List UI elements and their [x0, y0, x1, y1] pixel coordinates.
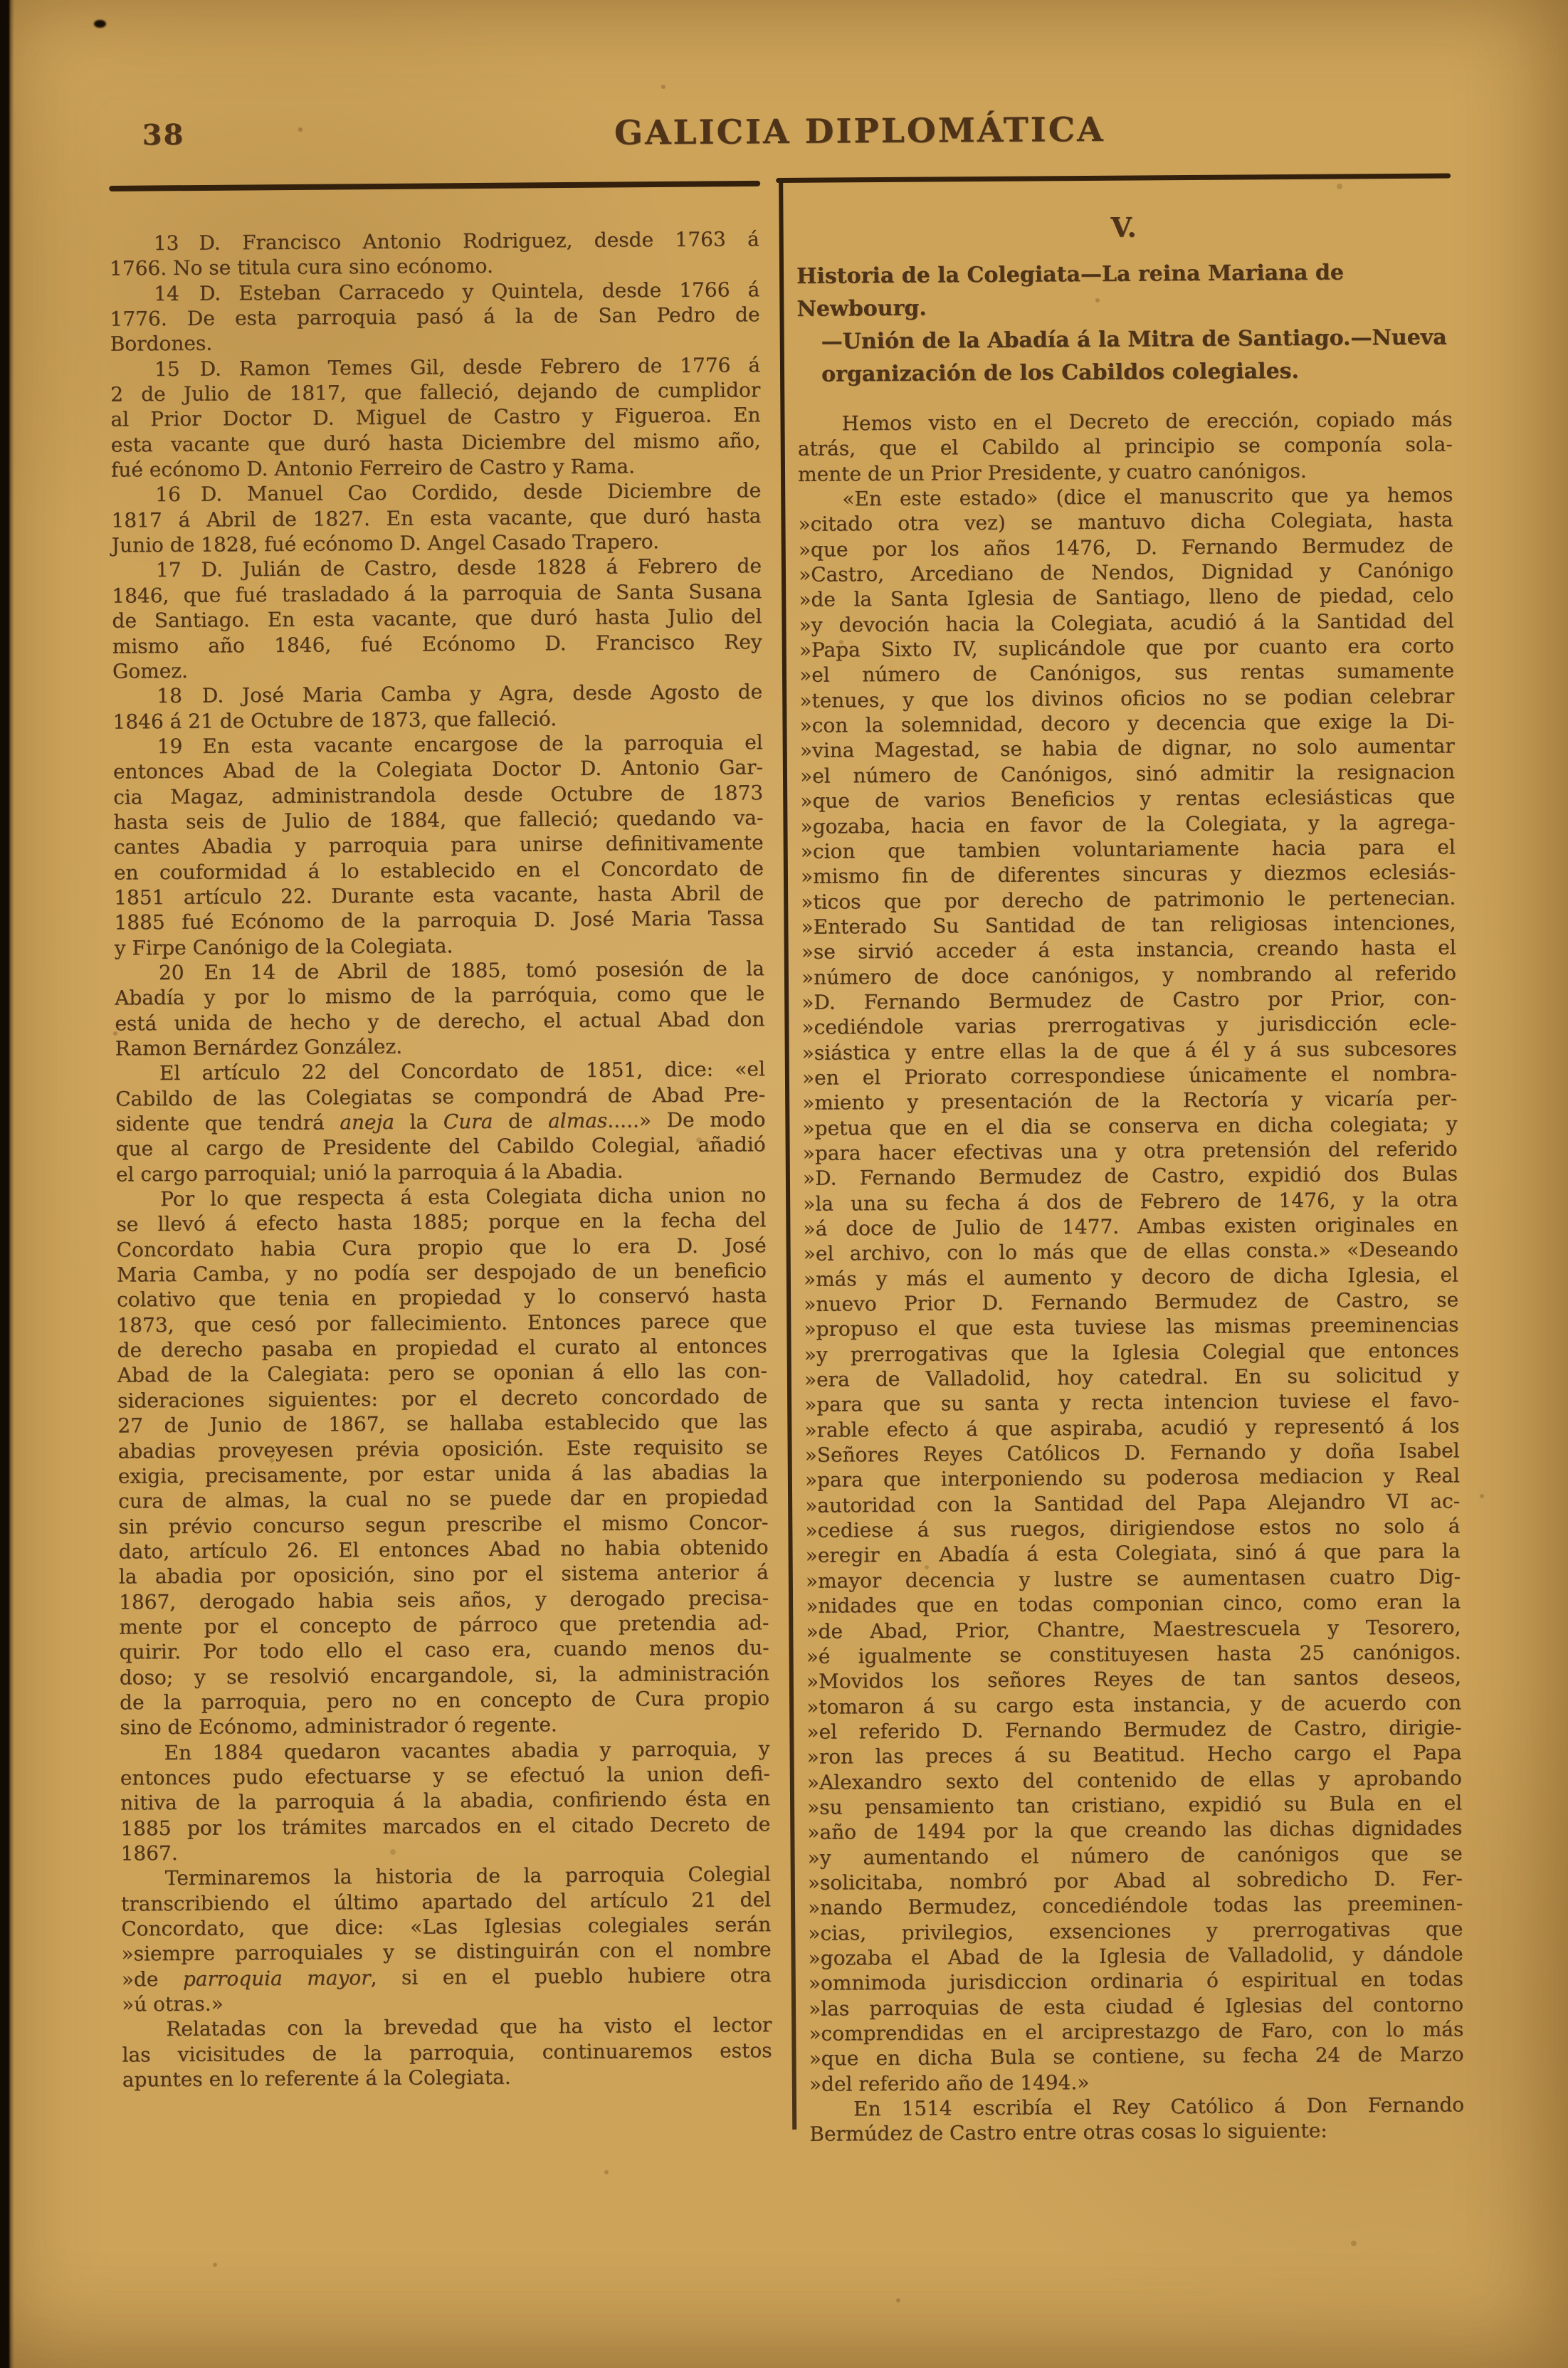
text-line: »el archivo, con lo más que de ellas con… — [804, 1237, 1458, 1267]
text-line: nitiva de la parroquia á la abadia, conf… — [120, 1786, 770, 1816]
paper-speckles — [0, 0, 3, 3]
text-line: »nando Bermudez, concediéndole todas las… — [808, 1891, 1463, 1921]
text-line: 18 D. José Maria Camba y Agra, desde Ago… — [112, 679, 762, 709]
right-column: V. Historia de la Colegiata—La reina Mar… — [796, 209, 1464, 2147]
text-line: Abadía y por lo mismo de la parróquia, c… — [115, 981, 764, 1011]
text-line: mismo año 1846, fué Ecónomo D. Francisco… — [112, 629, 762, 659]
text-line: »propuso el que esta tuviese las mismas … — [804, 1312, 1458, 1342]
headline-line: —Unión de la Abadía á la Mitra de Santia… — [797, 321, 1452, 358]
text-line: Bermúdez de Castro entre otras cosas lo … — [809, 2117, 1464, 2147]
text-line: En 1514 escribía el Rey Católico á Don F… — [809, 2092, 1464, 2122]
text-line: quirir. Por todo ello el caso era, cuand… — [119, 1635, 769, 1665]
text-line: »nidades que en todas componian cinco, c… — [806, 1589, 1461, 1619]
text-line: »año de 1494 por la que creando las dich… — [807, 1816, 1462, 1846]
text-line: 1817 á Abril de 1827. En esta vacante, q… — [111, 503, 761, 533]
headline-line: organización de los Cabildos colegiales. — [797, 354, 1452, 391]
text-line: 1885 fué Ecónomo de la parroquia D. José… — [114, 905, 764, 935]
text-line: »cediéndole varias prerrogativas y juris… — [801, 1011, 1456, 1041]
text-line: 1885 por los trámites marcados en el cit… — [120, 1811, 770, 1841]
scan-edge-shadow — [0, 0, 14, 2368]
text-line: El artículo 22 del Concordato de 1851, d… — [115, 1057, 765, 1087]
text-line: »el número de Canónigos, sus rentas suma… — [799, 658, 1454, 688]
text-line: »D. Fernando Bermudez de Castro, expidió… — [803, 1162, 1458, 1191]
text-line: »de parroquia mayor, si en el pueblo hub… — [122, 1962, 772, 1992]
text-line: está unida de hecho y de derecho, el act… — [115, 1006, 764, 1036]
page-number: 38 — [142, 118, 185, 152]
text-line: apuntes en lo referente á la Colegiata. — [122, 2063, 772, 2093]
text-line: al Prior Doctor D. Miguel de Castro y Fi… — [110, 403, 760, 433]
text-line: Relatadas con la brevedad que ha visto e… — [122, 2013, 772, 2043]
header-rule-left — [109, 181, 760, 191]
text-line: de la parroquia, pero no en concepto de … — [120, 1685, 769, 1715]
text-line: »omnimoda jurisdiccion ordinaria ó espir… — [809, 1967, 1463, 1996]
article-headline: Historia de la Colegiata—La reina Marian… — [796, 256, 1452, 391]
text-line: las vicisitudes de la parroquia, continu… — [122, 2038, 772, 2068]
headline-line: Historia de la Colegiata—La reina Marian… — [796, 256, 1452, 325]
text-line: entonces Abad de la Colegiata Doctor D. … — [113, 754, 763, 784]
text-line: colativo que tenia en propiedad y lo con… — [117, 1283, 767, 1313]
text-line: »citado otra vez) se mantuvo dicha Coleg… — [798, 507, 1453, 537]
journal-title: GALICIA DIPLOMÁTICA — [614, 110, 1105, 153]
text-line: »mismo fin de diferentes sincuras y diez… — [801, 860, 1456, 890]
text-line: de Santiago. En esta vacante, que duró h… — [112, 604, 762, 633]
text-line: »ron las preces á su Beatitud. Hecho car… — [806, 1740, 1461, 1770]
text-line: »para que interponiendo su poderosa medi… — [805, 1463, 1460, 1493]
text-line: Abad de la Calegiata: pero se oponian á … — [117, 1359, 767, 1389]
text-line: Terminaremos la historia de la parroquia… — [121, 1861, 771, 1891]
text-line: cantes Abadia y parroquia para unirse de… — [114, 830, 764, 860]
ink-blot — [94, 20, 106, 28]
text-line: atrás, que el Cabildo al principio se co… — [798, 432, 1453, 462]
header-rule-right — [776, 173, 1451, 183]
text-line: »para que su santa y recta intencion tuv… — [804, 1388, 1459, 1418]
scanned-page: 38 GALICIA DIPLOMÁTICA 13 D. Francisco A… — [0, 0, 1568, 2368]
text-line: »que de varios Beneficios y rentas ecles… — [800, 784, 1455, 814]
text-line: se llevó á efecto hasta 1885; porque en … — [116, 1208, 766, 1238]
text-line: 13 D. Francisco Antonio Rodriguez, desde… — [110, 226, 759, 256]
column-divider — [779, 179, 796, 2130]
text-line: cura de almas, la cual no se puede dar e… — [118, 1484, 768, 1514]
text-line: 17 D. Julián de Castro, desde 1828 á Feb… — [112, 554, 762, 584]
text-line: »miento y presentación de la Rectoría y … — [802, 1086, 1457, 1116]
text-line: »siempre parroquiales y se distinguirán … — [121, 1937, 771, 1967]
section-number: V. — [796, 209, 1451, 250]
text-line: 16 D. Manuel Cao Cordido, desde Diciembr… — [111, 478, 761, 508]
text-line: la abadia por oposición, sino por el sis… — [119, 1559, 769, 1589]
text-line: esta vacante que duró hasta Diciembre de… — [111, 428, 761, 458]
page-content: 38 GALICIA DIPLOMÁTICA 13 D. Francisco A… — [0, 0, 1568, 2368]
left-column: 13 D. Francisco Antonio Rodriguez, desde… — [110, 226, 772, 2093]
text-line: »de la Santa Iglesia de Santiago, lleno … — [799, 583, 1453, 613]
text-line: 1776. De esta parroquia pasó á la de San… — [110, 302, 759, 332]
right-column-text: Hemos visto en el Decreto de erección, c… — [797, 406, 1464, 2147]
text-line: »se sirvió acceder á esta instancia, cre… — [801, 935, 1456, 965]
text-line: que al cargo de Presidente del Cabildo C… — [116, 1132, 766, 1162]
text-line: »que en dicha Bula se contiene, su fecha… — [809, 2042, 1463, 2072]
text-line: 27 de Junio de 1867, se hallaba establec… — [117, 1409, 767, 1438]
text-line: »Movidos los señores Reyes de tan santos… — [806, 1665, 1461, 1695]
